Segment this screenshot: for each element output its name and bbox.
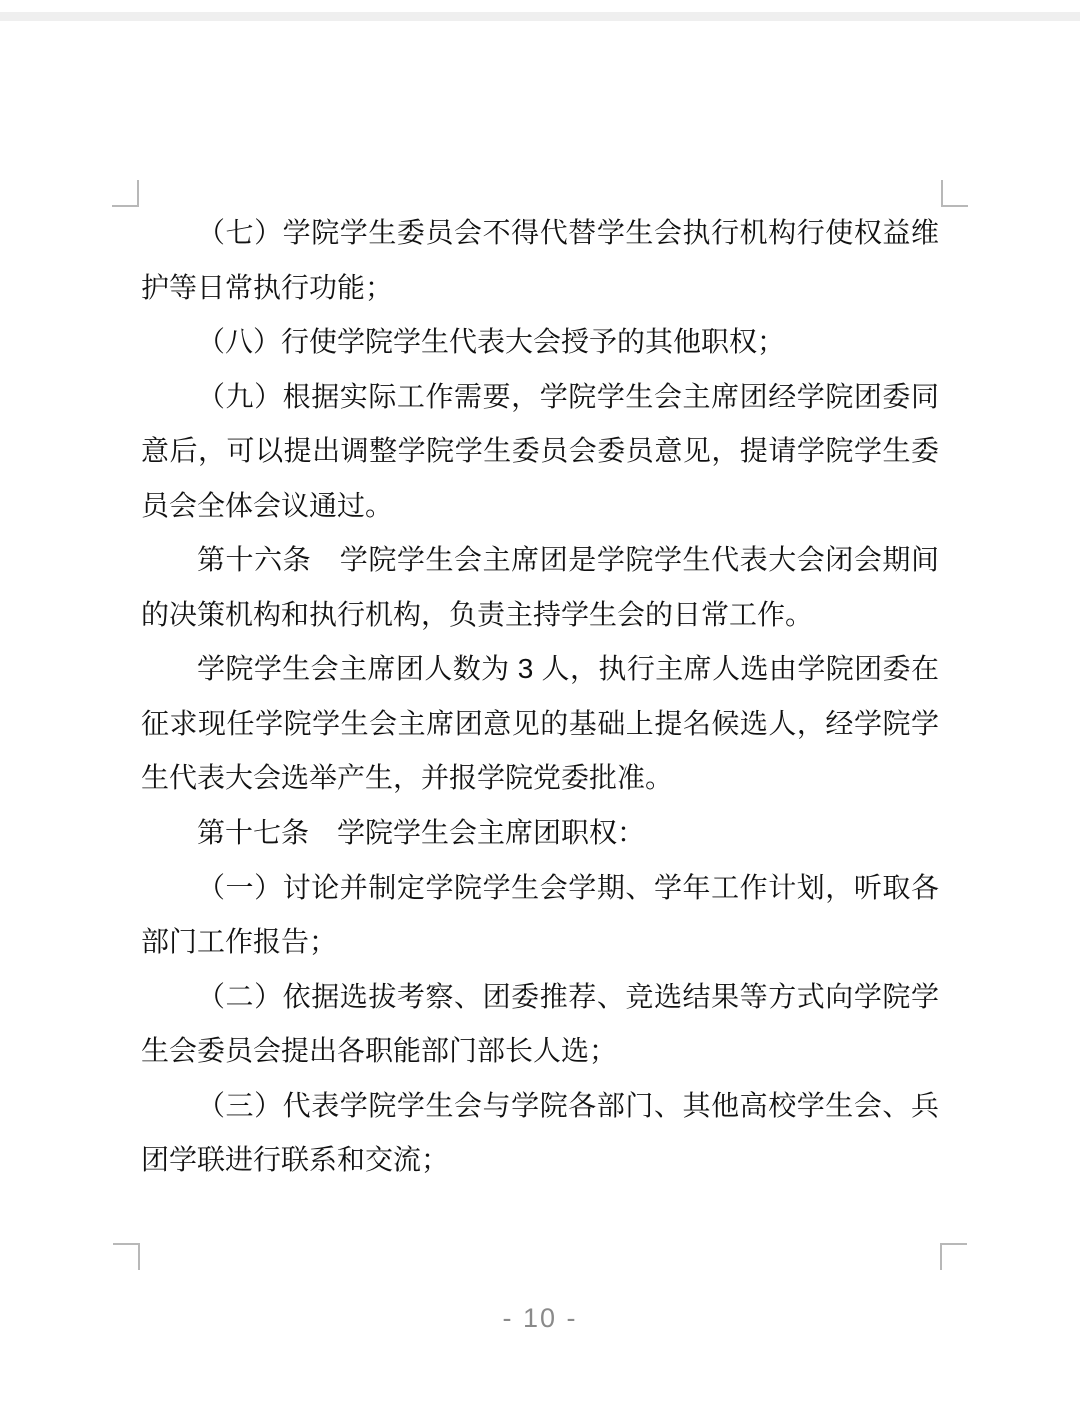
- document-text-area: （七）学院学生委员会不得代替学生会执行机构行使权益维 护等日常执行功能； （八）…: [141, 206, 939, 1188]
- document-line: 护等日常执行功能；: [141, 261, 939, 316]
- document-line: 第十六条 学院学生会主席团是学院学生代表大会闭会期间: [141, 533, 939, 588]
- document-page: （七）学院学生委员会不得代替学生会执行机构行使权益维 护等日常执行功能； （八）…: [0, 0, 1080, 1407]
- page-number: - 10 -: [0, 1303, 1080, 1334]
- document-line: 员会全体会议通过。: [141, 479, 939, 534]
- page-gap-band: [0, 12, 1080, 21]
- document-line: 第十七条 学院学生会主席团职权：: [141, 806, 939, 861]
- document-line: （八）行使学院学生代表大会授予的其他职权；: [141, 315, 939, 370]
- document-line: （七）学院学生委员会不得代替学生会执行机构行使权益维: [141, 206, 939, 261]
- document-line: 征求现任学院学生会主席团意见的基础上提名候选人，经学院学: [141, 697, 939, 752]
- document-line: 的决策机构和执行机构，负责主持学生会的日常工作。: [141, 588, 939, 643]
- document-line: （一）讨论并制定学院学生会学期、学年工作计划，听取各: [141, 861, 939, 916]
- document-line: （九）根据实际工作需要，学院学生会主席团经学院团委同: [141, 370, 939, 425]
- margin-crop-mark-bottom-right: [940, 1243, 967, 1270]
- margin-crop-mark-top-left: [112, 180, 139, 207]
- document-line: 生代表大会选举产生，并报学院党委批准。: [141, 751, 939, 806]
- document-line: 意后，可以提出调整学院学生委员会委员意见，提请学院学生委: [141, 424, 939, 479]
- document-line: 学院学生会主席团人数为 3 人，执行主席人选由学院团委在: [141, 642, 939, 697]
- document-line: （三）代表学院学生会与学院各部门、其他高校学生会、兵: [141, 1079, 939, 1134]
- document-line: 部门工作报告；: [141, 915, 939, 970]
- margin-crop-mark-bottom-left: [113, 1243, 140, 1270]
- margin-crop-mark-top-right: [941, 180, 968, 207]
- document-line: （二）依据选拔考察、团委推荐、竞选结果等方式向学院学: [141, 970, 939, 1025]
- document-line: 生会委员会提出各职能部门部长人选；: [141, 1024, 939, 1079]
- document-line: 团学联进行联系和交流；: [141, 1133, 939, 1188]
